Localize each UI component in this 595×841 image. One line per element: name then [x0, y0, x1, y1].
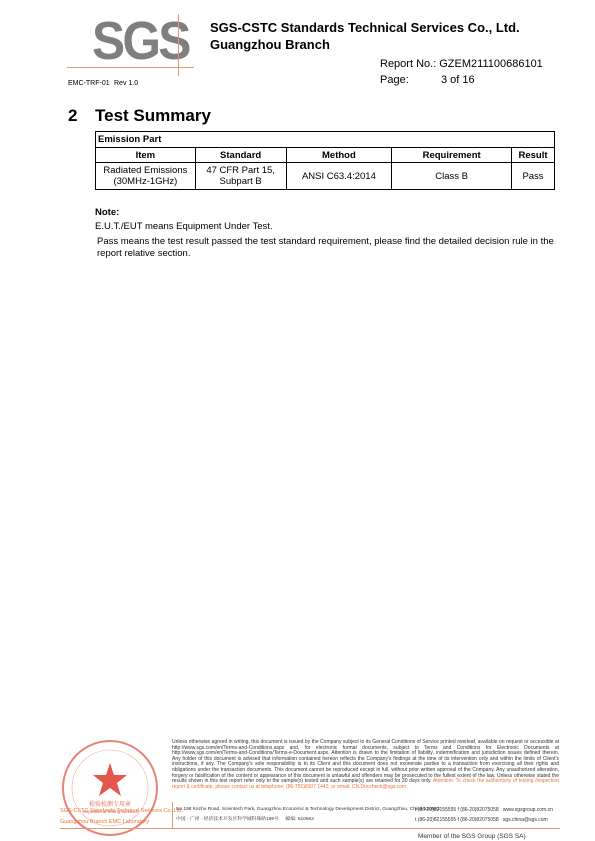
footer-address: No.198 Kezhu Road, Scientech Park, Guang… — [176, 805, 440, 825]
email-link[interactable]: sgs.china@sgs.com — [503, 817, 548, 823]
footer-company-name: SGS-CSTC Standards Technical Services Co… — [60, 806, 183, 828]
column-header-standard: Standard — [195, 148, 286, 163]
report-number-label: Report No.: — [380, 58, 436, 70]
company-name-line2: Guangzhou Branch — [210, 37, 520, 54]
column-header-requirement: Requirement — [392, 148, 512, 163]
logo-vertical-rule — [178, 14, 179, 76]
column-header-method: Method — [286, 148, 392, 163]
emission-part-title: Emission Part — [96, 132, 555, 148]
sgs-logo: SGS — [92, 14, 189, 68]
website-link[interactable]: www.sgsgroup.com.cn — [503, 807, 553, 813]
cell-requirement: Class B — [392, 163, 512, 190]
address-chinese: 中国 · 广州 · 经济技术开发区科学城科珠路198号 邮编: 510663 — [176, 815, 440, 825]
cell-standard: 47 CFR Part 15, Subpart B — [195, 163, 286, 190]
table-row: Radiated Emissions (30MHz-1GHz) 47 CFR P… — [96, 163, 555, 190]
column-header-result: Result — [512, 148, 555, 163]
cell-result: Pass — [512, 163, 555, 190]
page-value: 3 of 16 — [441, 74, 475, 86]
cell-standard-line1: 47 CFR Part 15, — [196, 165, 286, 176]
section-number: 2 — [68, 106, 77, 126]
column-header-item: Item — [96, 148, 196, 163]
company-name-line1: SGS-CSTC Standards Technical Services Co… — [210, 20, 520, 37]
cell-standard-line2: Subpart B — [196, 176, 286, 187]
report-number-value: GZEM211100686101 — [439, 58, 543, 70]
document-revision: Rev 1.0 — [114, 80, 138, 87]
note-title: Note: — [95, 207, 119, 218]
footer-disclaimer: Unless otherwise agreed in writing, this… — [172, 740, 559, 790]
note-pass-definition: Pass means the test result passed the te… — [97, 236, 567, 259]
company-name: SGS-CSTC Standards Technical Services Co… — [210, 20, 520, 53]
contact-line2: t (86-20)82155555 f (86-20)82075058 sgs.… — [415, 815, 553, 825]
cell-item-line2: (30MHz-1GHz) — [96, 176, 195, 187]
page-label: Page: — [380, 74, 409, 86]
document-code: EMC-TRF-01 — [68, 80, 110, 87]
footer-company-line2: Guangzhou Branch EMC Laboratory — [60, 817, 183, 828]
footer-company-line1: SGS-CSTC Standards Technical Services Co… — [60, 806, 183, 817]
report-number: Report No.:GZEM211100686101 — [380, 58, 543, 70]
cell-item: Radiated Emissions (30MHz-1GHz) — [96, 163, 196, 190]
test-summary-table: Emission Part Item Standard Method Requi… — [95, 131, 555, 190]
logo-horizontal-rule — [67, 67, 194, 68]
cell-method: ANSI C63.4:2014 — [286, 163, 392, 190]
footer-divider — [172, 802, 173, 828]
table-header-row: Item Standard Method Requirement Result — [96, 148, 555, 163]
footer-contacts: t (86-20)82155555 f (86-20)82075058 www.… — [415, 805, 553, 825]
section-title: Test Summary — [95, 106, 211, 126]
cell-item-line1: Radiated Emissions — [96, 165, 195, 176]
footer-rule — [60, 828, 560, 829]
member-statement: Member of the SGS Group (SGS SA) — [418, 833, 526, 840]
note-eut-definition: E.U.T./EUT means Equipment Under Test. — [95, 221, 273, 232]
address-english: No.198 Kezhu Road, Scientech Park, Guang… — [176, 805, 440, 815]
table-part-row: Emission Part — [96, 132, 555, 148]
contact-line1: t (86-20)82155555 f (86-20)82075058 www.… — [415, 805, 553, 815]
